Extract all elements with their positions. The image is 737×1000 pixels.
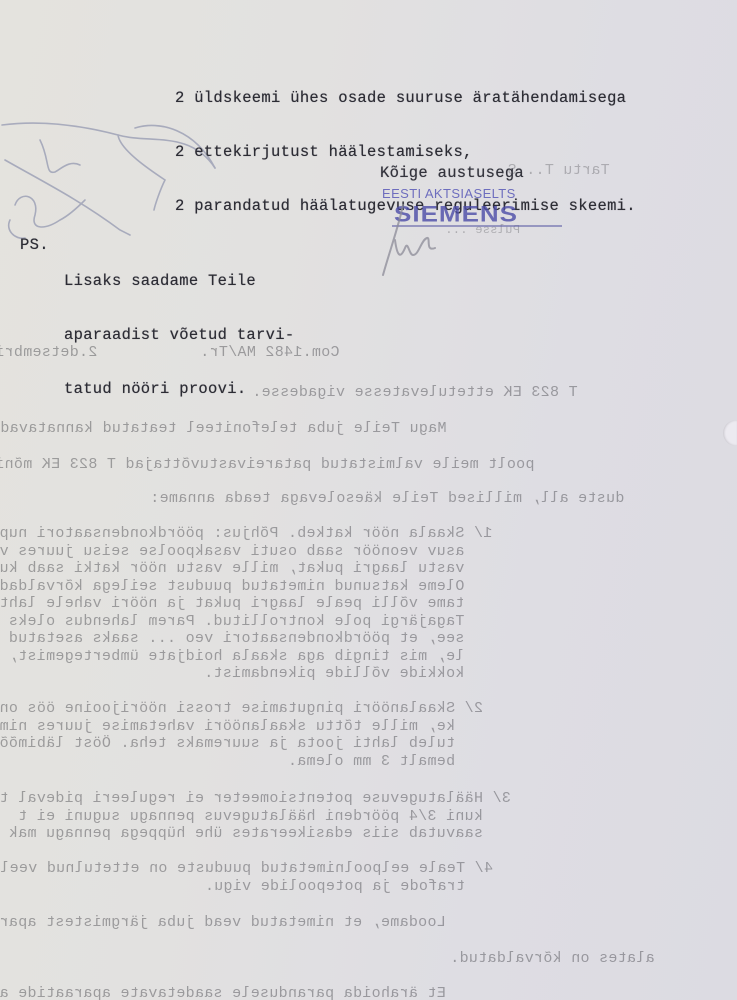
bleed-item-1: 1/ Skaala nöör katkeb. Põhjus: pöördkond… bbox=[0, 525, 492, 683]
company-stamp-name: SIEMENS bbox=[394, 201, 518, 227]
bleed-paragraph: duste all, millised Teile käesolevaga te… bbox=[150, 490, 624, 508]
postscript-line: Lisaks saadame Teile bbox=[64, 272, 294, 290]
scanned-letter-page: Tartu T...S. Pulsse ... 2.detsembri Com.… bbox=[0, 0, 737, 1000]
enclosure-item: 2 üldskeemi ühes osade suuruse äratähend… bbox=[175, 89, 636, 107]
postscript-label: PS. bbox=[20, 236, 49, 254]
bleed-closing: Loodame, et nimetatud vead juba järgmist… bbox=[0, 914, 446, 932]
company-stamp-line1: EESTI AKTSIASELTS bbox=[382, 186, 516, 201]
closing-salutation: Kõige austusega bbox=[380, 164, 524, 182]
bleed-closing: alates on kõrvaldatud. bbox=[450, 950, 655, 968]
bleed-item-3: 3/ Häälatugevuse potentsiomeeter ei regu… bbox=[0, 790, 511, 843]
bleed-closing: Et ärahoida parandusele saadetavate apar… bbox=[0, 985, 446, 1000]
postscript-text: Lisaks saadame Teile aparaadist võetud t… bbox=[64, 236, 294, 434]
enclosure-item: 2 ettekirjutust häälestamiseks, bbox=[175, 143, 636, 161]
punch-hole bbox=[723, 420, 737, 446]
postscript-line: tatud nööri proovi. bbox=[64, 380, 294, 398]
bleed-item-2: 2/ Skaalanööri pingutamise trossi nöörij… bbox=[0, 700, 483, 770]
bleed-paragraph: poolt meile valmistatud patareivastuvõtt… bbox=[0, 456, 534, 474]
bleed-subject: T 823 EK ettetulevatesse vigadesse. bbox=[252, 384, 578, 402]
postscript-line: aparaadist võetud tarvi- bbox=[64, 326, 294, 344]
stamp-underline bbox=[392, 225, 562, 227]
bleed-item-4: 4/ Teale eelpoolnimetatud puuduste on et… bbox=[0, 860, 493, 895]
